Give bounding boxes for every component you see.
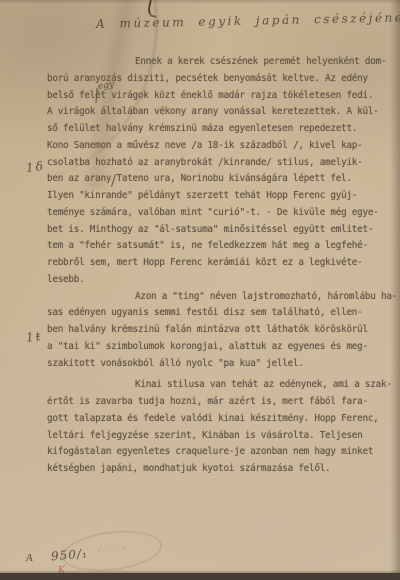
- oval-stamp: · · · · · * · · · · * · · ·: [60, 526, 164, 576]
- typed-line: bet is. Minthogy az "ál-satsuma" minősit…: [47, 222, 395, 239]
- typed-line: leltári feljegyzése szerint, Kinában is …: [47, 428, 395, 445]
- stamp-line: · · ·: [106, 553, 119, 561]
- typed-line: tem a "fehér satsumát" is, ne feledkezze…: [47, 238, 395, 255]
- typed-line: a "tai ki" szimbolumok korongjai, alattu…: [47, 339, 395, 356]
- scanned-typewritten-document: A múzeum egyik japán csészéjének leirása…: [0, 0, 400, 580]
- typed-line: teménye számára, valóban mint "curió"-t.…: [47, 205, 395, 222]
- typed-line: kifogástalan egyenletes craquelure-je az…: [47, 444, 395, 461]
- typed-line: szakitott vonásokból álló nyolc "pa kua"…: [47, 356, 395, 373]
- pencil-letter-annotation: A: [26, 553, 34, 564]
- typed-line: ső felület halvány krémszinü máza egyenl…: [47, 121, 395, 138]
- typed-line: Ennek a kerek csészének peremét helyenké…: [47, 54, 395, 71]
- margin-proof-mark-2: 1ŧ: [25, 329, 43, 345]
- typed-line: Kinai stilusa van tehát az edénynek, ami…: [47, 377, 395, 394]
- scan-background-strip: [0, 573, 400, 580]
- typed-line: gott talapzata és fedele valódi kinai ké…: [47, 411, 395, 428]
- margin-proof-mark-1: 1δ: [25, 159, 45, 175]
- typed-line: Azon a "ting" néven lajstromozható, háro…: [47, 289, 395, 306]
- typed-text-block: Ennek a kerek csészének peremét helyenké…: [47, 54, 395, 478]
- typed-line: értőt is zavarba tudja hozni, már azért …: [47, 394, 395, 411]
- typed-line: Ilyen "kinrande" példányt szerzett tehát…: [47, 188, 395, 205]
- typed-line: ben halvány krémszinü falán mintázva ott…: [47, 322, 395, 339]
- typed-line: lesebb.: [47, 272, 395, 289]
- typed-line: ború aranyozás disziti, pecsétek benyomá…: [47, 71, 395, 88]
- typed-line: A virágok általában vékony arany vonássa…: [47, 104, 395, 121]
- typed-line: kétségben japáni, mondhatjuk kyotoi szár…: [47, 461, 395, 478]
- typed-line: belső felét virágok közt éneklő madár ra…: [47, 88, 395, 105]
- typed-line: csolatba hozható az aranybrokát /kinrand…: [47, 155, 395, 172]
- typed-line: sas edényen ugyanis semmi festői disz se…: [47, 305, 395, 322]
- paper-right-edge-shadow: [390, 0, 400, 580]
- paper-top-edge-shadow: [0, 0, 400, 4]
- typed-line: ben az arany Tateno ura, Norinobu kiváns…: [47, 171, 395, 188]
- typed-line: rebbről sem, mert Hopp Ferenc kerámiái k…: [47, 255, 395, 272]
- typed-line: Kono Sanemon a művész neve /a 18-ik száz…: [47, 138, 395, 155]
